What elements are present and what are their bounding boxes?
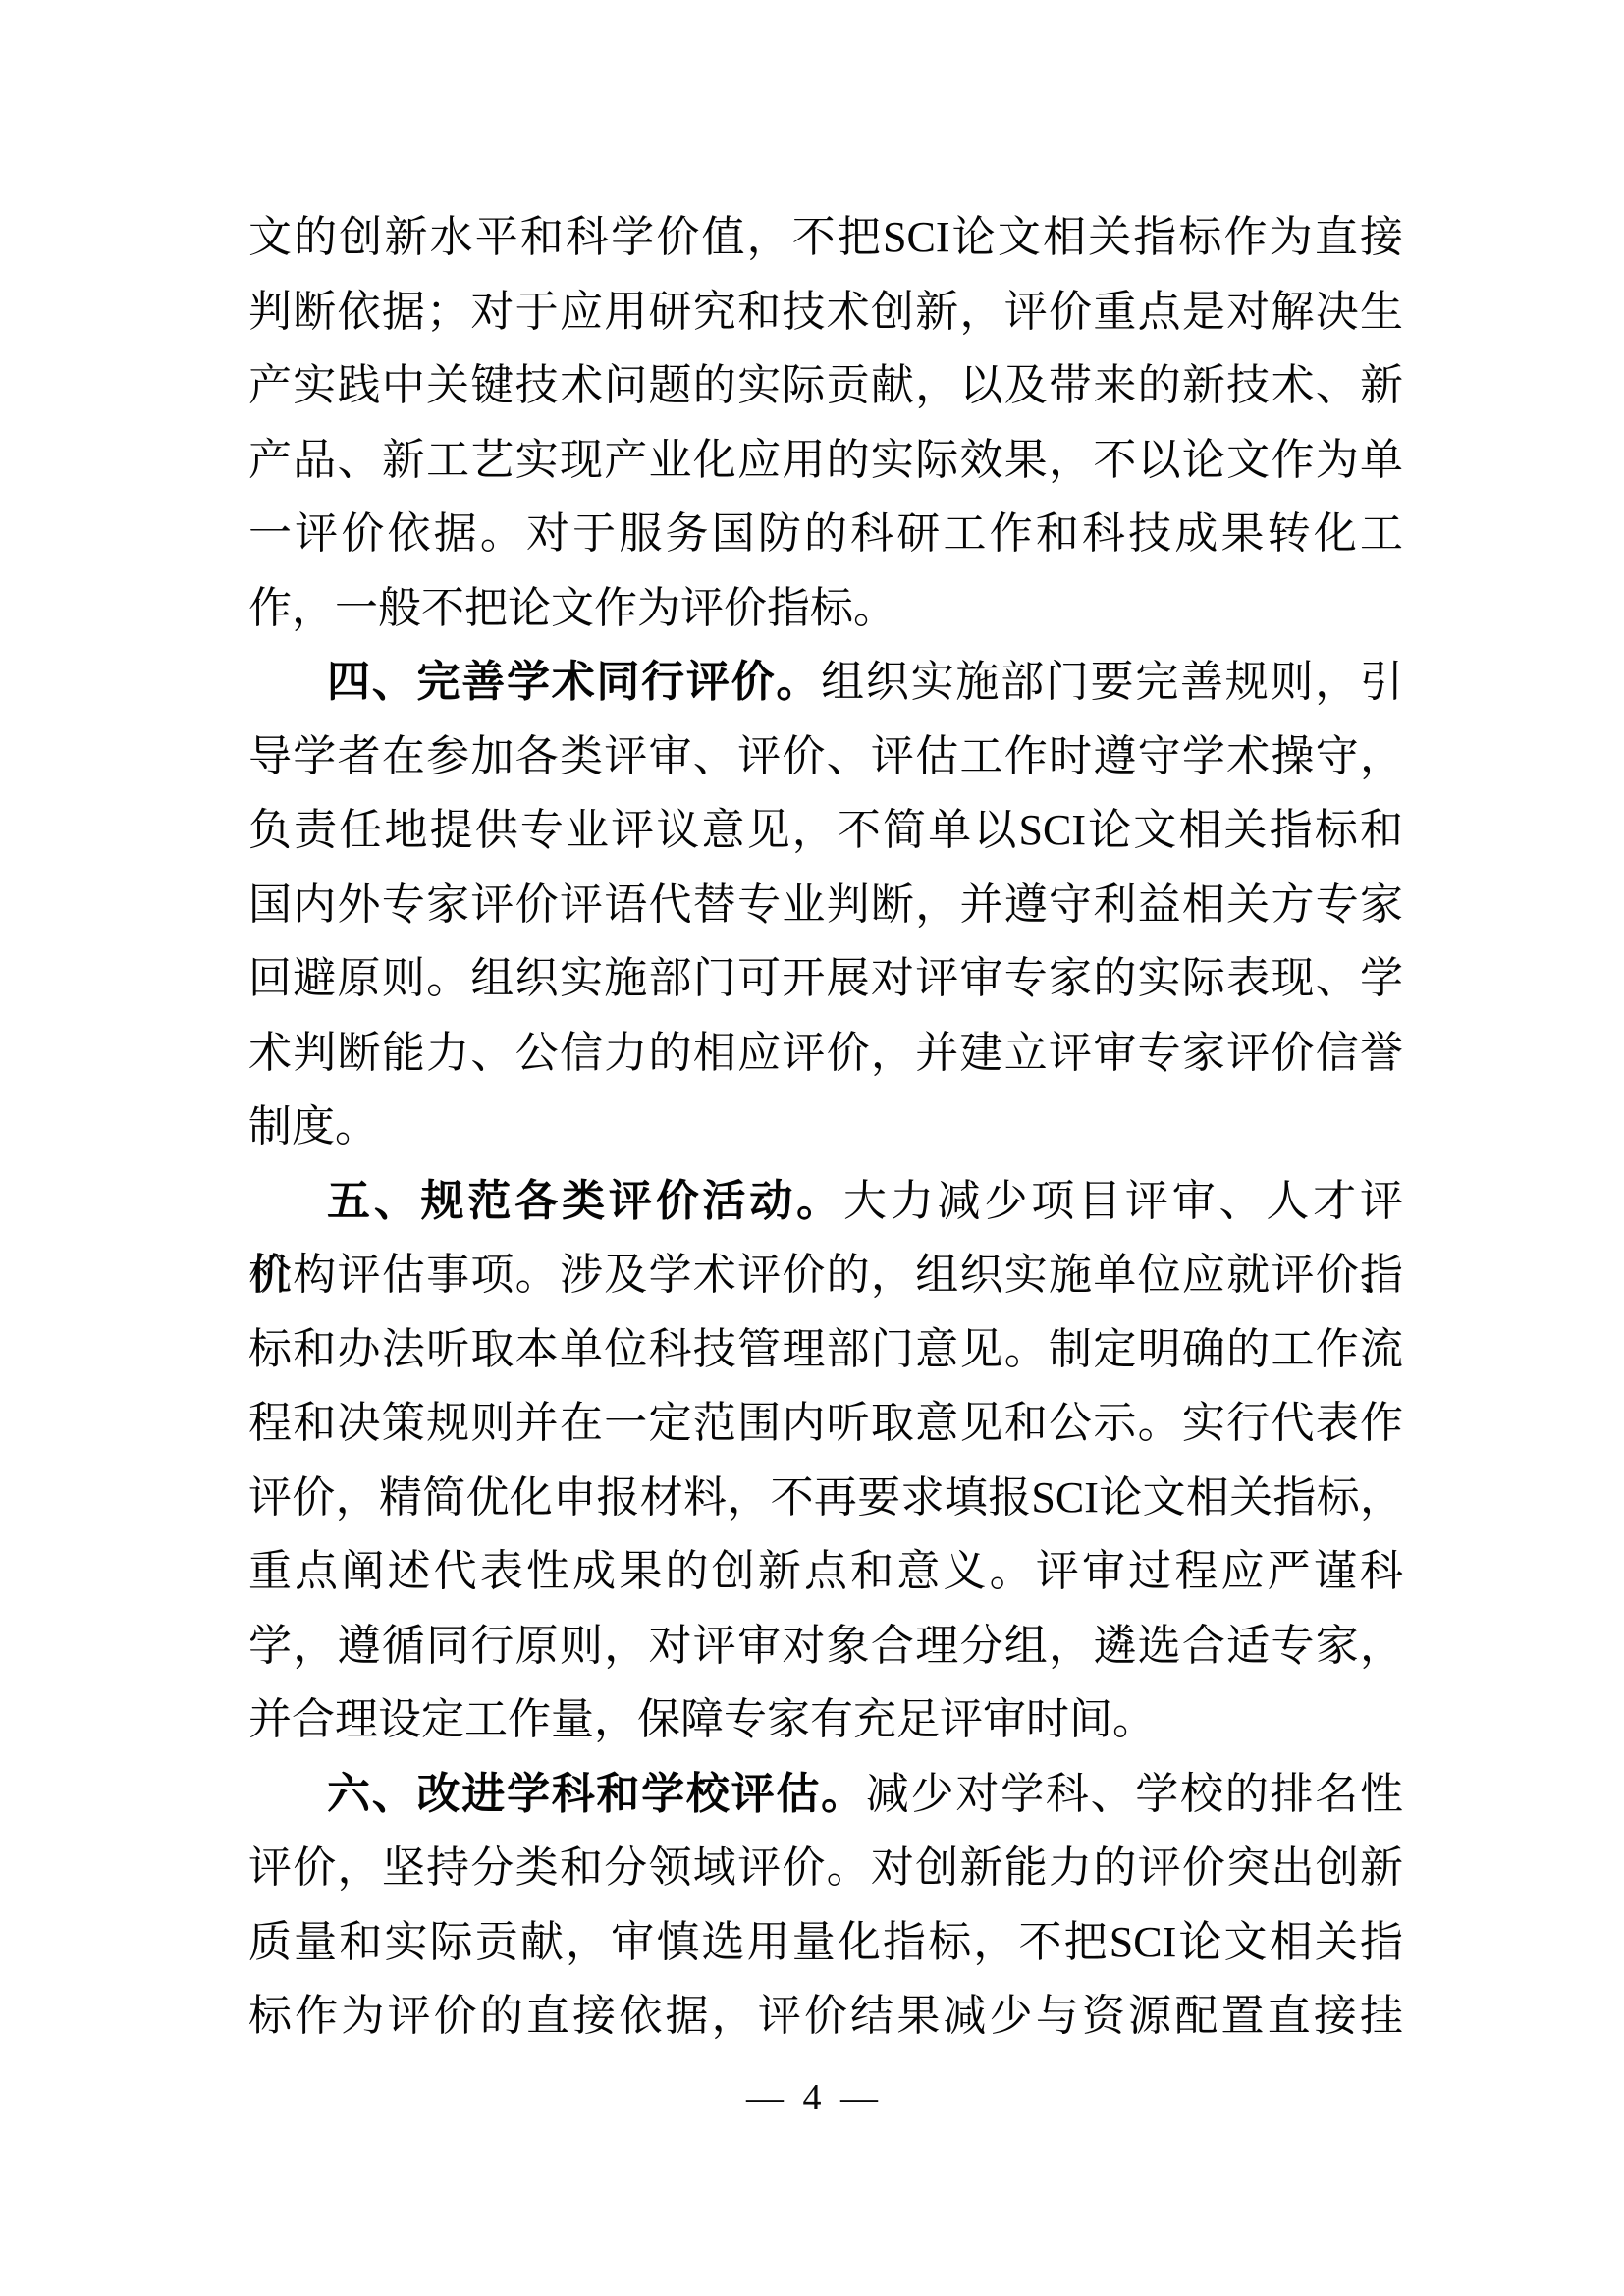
section-heading: 四、完善学术同行评价。 <box>327 658 821 706</box>
text-line: 五、规范各类评价活动。大力减少项目评审、人才评价、 <box>248 1164 1403 1239</box>
line-text: 文的创新水平和科学价值，不把SCI论文相关指标作为直接 <box>248 213 1403 261</box>
line-text: 产品、新工艺实现产业化应用的实际效果，不以论文作为单 <box>248 436 1403 484</box>
text-line: 六、改进学科和学校评估。减少对学科、学校的排名性 <box>248 1757 1403 1832</box>
line-text: 质量和实际贡献，审慎选用量化指标，不把SCI论文相关指 <box>248 1918 1403 1966</box>
line-text: 重点阐述代表性成果的创新点和意义。评审过程应严谨科 <box>248 1547 1403 1595</box>
line-text: 作，一般不把论文作为评价指标。 <box>248 584 896 632</box>
text-line: 四、完善学术同行评价。组织实施部门要完善规则，引 <box>248 645 1403 720</box>
document-body: 文的创新水平和科学价值，不把SCI论文相关指标作为直接判断依据；对于应用研究和技… <box>248 200 1403 2054</box>
line-text: 程和决策规则并在一定范围内听取意见和公示。实行代表作 <box>248 1399 1403 1447</box>
text-line: 文的创新水平和科学价值，不把SCI论文相关指标作为直接 <box>248 200 1403 275</box>
line-text: 国内外专家评价评语代替专业判断，并遵守利益相关方专家 <box>248 881 1403 929</box>
line-text: 标作为评价的直接依据，评价结果减少与资源配置直接挂 <box>248 1992 1403 2040</box>
line-text: 并合理设定工作量，保障专家有充足评审时间。 <box>248 1695 1156 1743</box>
text-line: 学，遵循同行原则，对评审对象合理分组，遴选合适专家， <box>248 1609 1403 1683</box>
section-heading: 五、规范各类评价活动。 <box>327 1177 843 1225</box>
text-line: 产实践中关键技术问题的实际贡献，以及带来的新技术、新 <box>248 348 1403 423</box>
page-number: — 4 — <box>0 2075 1624 2120</box>
text-line: 术判断能力、公信力的相应评价，并建立评审专家评价信誉 <box>248 1016 1403 1091</box>
text-line: 判断依据；对于应用研究和技术创新，评价重点是对解决生 <box>248 275 1403 349</box>
text-line: 质量和实际贡献，审慎选用量化指标，不把SCI论文相关指 <box>248 1905 1403 1980</box>
line-text: 评价，坚持分类和分领域评价。对创新能力的评价突出创新 <box>248 1843 1403 1892</box>
line-text: 回避原则。组织实施部门可开展对评审专家的实际表现、学 <box>248 954 1403 1002</box>
line-text: 减少对学科、学校的排名性 <box>866 1770 1403 1818</box>
text-line: 负责任地提供专业评议意见，不简单以SCI论文相关指标和 <box>248 793 1403 868</box>
line-text: 一评价依据。对于服务国防的科研工作和科技成果转化工 <box>248 509 1403 558</box>
section-heading: 六、改进学科和学校评估。 <box>327 1770 866 1818</box>
text-line: 重点阐述代表性成果的创新点和意义。评审过程应严谨科 <box>248 1534 1403 1609</box>
line-text: 判断依据；对于应用研究和技术创新，评价重点是对解决生 <box>248 288 1403 336</box>
line-text: 组织实施部门要完善规则，引 <box>821 658 1403 706</box>
line-text: 导学者在参加各类评审、评价、评估工作时遵守学术操守， <box>248 732 1403 780</box>
line-text: 制度。 <box>248 1102 378 1150</box>
text-line: 回避原则。组织实施部门可开展对评审专家的实际表现、学 <box>248 941 1403 1016</box>
line-text: 机构评估事项。涉及学术评价的，组织实施单位应就评价指 <box>248 1251 1403 1299</box>
text-line: 导学者在参加各类评审、评价、评估工作时遵守学术操守， <box>248 720 1403 794</box>
line-text: 学，遵循同行原则，对评审对象合理分组，遴选合适专家， <box>248 1622 1403 1670</box>
text-line: 国内外专家评价评语代替专业判断，并遵守利益相关方专家 <box>248 868 1403 942</box>
text-line: 产品、新工艺实现产业化应用的实际效果，不以论文作为单 <box>248 423 1403 498</box>
text-line: 制度。 <box>248 1090 1403 1164</box>
line-text: 标和办法听取本单位科技管理部门意见。制定明确的工作流 <box>248 1325 1403 1373</box>
text-line: 机构评估事项。涉及学术评价的，组织实施单位应就评价指 <box>248 1238 1403 1312</box>
text-line: 评价，坚持分类和分领域评价。对创新能力的评价突出创新 <box>248 1831 1403 1905</box>
text-line: 并合理设定工作量，保障专家有充足评审时间。 <box>248 1682 1403 1757</box>
text-line: 一评价依据。对于服务国防的科研工作和科技成果转化工 <box>248 497 1403 571</box>
line-text: 评价，精简优化申报材料，不再要求填报SCI论文相关指标， <box>248 1473 1403 1522</box>
line-text: 负责任地提供专业评议意见，不简单以SCI论文相关指标和 <box>248 806 1403 854</box>
text-line: 程和决策规则并在一定范围内听取意见和公示。实行代表作 <box>248 1386 1403 1461</box>
text-line: 标作为评价的直接依据，评价结果减少与资源配置直接挂 <box>248 1979 1403 2054</box>
line-text: 产实践中关键技术问题的实际贡献，以及带来的新技术、新 <box>248 361 1403 409</box>
text-line: 作，一般不把论文作为评价指标。 <box>248 571 1403 646</box>
text-line: 评价，精简优化申报材料，不再要求填报SCI论文相关指标， <box>248 1461 1403 1535</box>
text-line: 标和办法听取本单位科技管理部门意见。制定明确的工作流 <box>248 1312 1403 1387</box>
line-text: 术判断能力、公信力的相应评价，并建立评审专家评价信誉 <box>248 1029 1403 1077</box>
